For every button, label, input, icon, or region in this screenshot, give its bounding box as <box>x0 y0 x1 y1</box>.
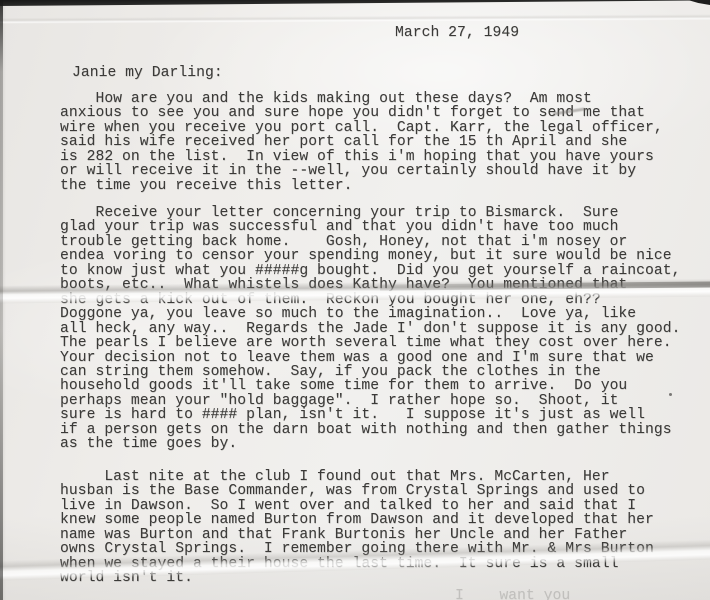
paragraph-1: How are you and the kids making out thes… <box>60 92 663 193</box>
salutation: Janie my Darling: <box>72 66 223 80</box>
scan-edge-top <box>0 0 710 6</box>
paragraph-2: Receive your letter concerning your trip… <box>60 206 680 452</box>
date-line: March 27, 1949 <box>395 26 519 40</box>
partial-bottom-line: I want you <box>455 589 570 600</box>
scan-edge-left <box>0 0 3 600</box>
paragraph-3: Last nite at the club I found out that M… <box>60 470 654 586</box>
fold-crease-top <box>0 14 710 24</box>
scanned-letter-page: March 27, 1949 Janie my Darling: How are… <box>0 0 710 600</box>
stray-ink-dot <box>669 393 672 396</box>
scan-edge-top-right <box>684 0 710 5</box>
